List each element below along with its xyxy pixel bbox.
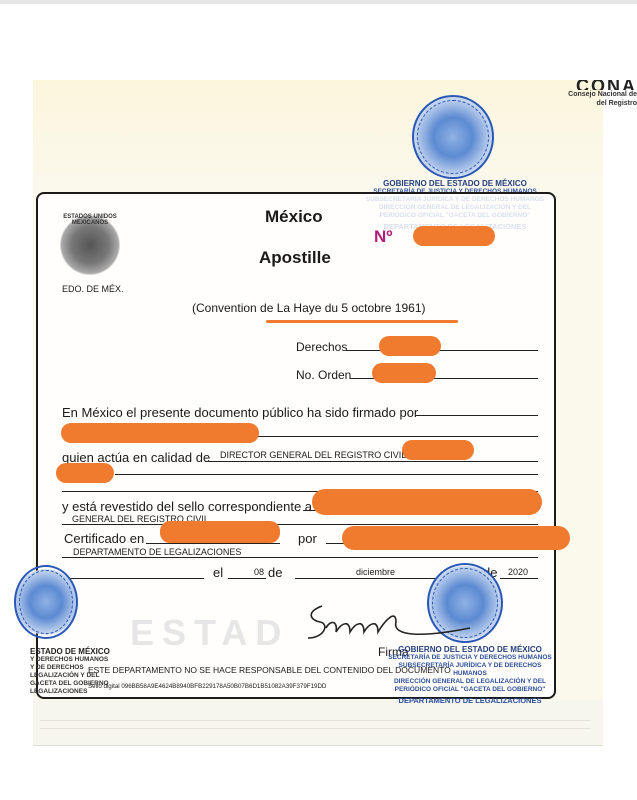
seal-value-line <box>62 524 538 525</box>
department-value: DEPARTAMENTO DE LEGALIZACIONES <box>73 547 241 557</box>
derechos-label: Derechos <box>296 340 347 354</box>
redaction-seal <box>312 489 542 515</box>
stamp-line: Y DERECHOS HUMANOS <box>30 656 120 664</box>
state-label: EDO. DE MÉX. <box>62 284 124 294</box>
day-line <box>228 578 266 579</box>
mexican-eagle-seal-icon <box>14 565 78 639</box>
country-title: México <box>265 207 323 227</box>
stamp-gov: GOBIERNO DEL ESTADO DE MÉXICO <box>385 646 555 654</box>
day-value: 08 <box>254 567 264 577</box>
apostille-title: Apostille <box>259 248 331 268</box>
paper-faint-line <box>40 720 590 721</box>
highlight-underline <box>266 320 458 323</box>
signed-by-text: En México el presente documento público … <box>62 405 418 420</box>
signature-icon <box>300 598 480 648</box>
signed-by-line <box>416 415 538 416</box>
corner-org-line: Consejo Nacional de <box>537 90 637 99</box>
date-place-line <box>62 578 204 579</box>
disclaimer-text: ESTE DEPARTAMENTO NO SE HACE RESPONSABLE… <box>88 665 451 675</box>
certified-line <box>146 543 280 544</box>
derechos-line <box>346 350 538 351</box>
stamp-line: DIRECCIÓN GENERAL DE LEGALIZACIÓN Y DEL <box>385 678 555 686</box>
bottom-stamp-text: GOBIERNO DEL ESTADO DE MÉXICO SECRETARÍA… <box>385 646 555 705</box>
signer-name-line <box>258 436 538 437</box>
digital-seal-text: Sello digital 096BB58A9E4624B8940BFB2291… <box>88 683 326 690</box>
by-label: por <box>298 531 317 546</box>
redaction-capacity-2 <box>56 463 114 483</box>
corner-org-text: CONA Consejo Nacional de del Registro <box>537 80 637 108</box>
year-value: 2020 <box>508 567 528 577</box>
month-line <box>295 578 445 579</box>
redaction-by <box>342 526 570 550</box>
date-de: de <box>268 565 282 580</box>
capacity-line-2 <box>115 474 538 475</box>
year-line <box>500 578 538 579</box>
watermark-text: ESTAD <box>130 612 289 654</box>
stamp-line: PERIÓDICO OFICIAL "GACETA DEL GOBIERNO" <box>385 686 555 694</box>
stamp-gov: ESTADO DE MÉXICO <box>30 648 120 656</box>
stamp-line: DEPARTAMENTO DE LEGALIZACIONES <box>385 697 555 705</box>
seal-label: y está revestido del sello correspondien… <box>62 499 312 514</box>
mexican-eagle-seal-icon <box>412 95 494 179</box>
viewer-top-bar <box>0 0 637 4</box>
date-el: el <box>213 565 223 580</box>
redaction-orden <box>372 363 436 383</box>
seal-arc-text: ESTADOS UNIDOS MEXICANOS <box>62 214 118 226</box>
redaction-number <box>413 226 495 246</box>
redaction-certified <box>160 521 280 543</box>
redaction-signer <box>61 423 259 443</box>
corner-org-line: del Registro <box>537 99 637 108</box>
mexican-eagle-seal-icon: ESTADOS UNIDOS MEXICANOS <box>56 214 124 276</box>
paper-header-band <box>33 80 603 180</box>
month-value: diciembre <box>356 567 395 577</box>
paper-bottom-strip <box>33 700 603 746</box>
redaction-derechos <box>379 336 441 356</box>
convention-text: (Convention de La Haye du 5 octobre 1961… <box>192 301 426 315</box>
paper-faint-line <box>40 728 590 729</box>
orden-label: No. Orden <box>296 368 351 382</box>
redaction-capacity <box>402 440 474 460</box>
capacity-line <box>205 461 538 462</box>
stamp-gov: GOBIERNO DEL ESTADO DE MÉXICO <box>355 180 555 188</box>
number-label: Nº <box>374 227 393 247</box>
capacity-value: DIRECTOR GENERAL DEL REGISTRO CIVIL D <box>220 450 415 460</box>
stamp-line: SECRETARÍA DE JUSTICIA Y DERECHOS HUMANO… <box>385 654 555 662</box>
department-line <box>62 557 538 558</box>
certified-label: Certificado en <box>64 531 144 546</box>
